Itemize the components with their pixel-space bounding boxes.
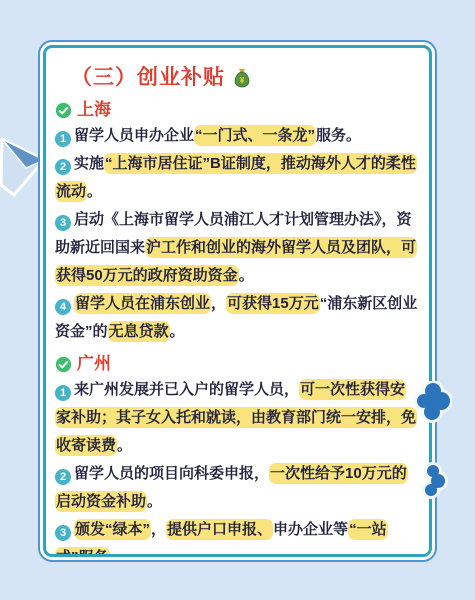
card-inner-frame: （三）创业补贴 ¥ 上海1留学人员申办企业“一门式、一条龙”服务。2实施“上海市… bbox=[43, 45, 432, 557]
plain-text: 申办企业等 bbox=[273, 521, 348, 538]
plain-text: 服务。 bbox=[316, 127, 361, 144]
subsidy-item: 3启动《上海市留学人员浦江人才计划管理办法》，资助新近回国来沪工作和创业的海外留… bbox=[55, 206, 420, 290]
money-bag-icon: ¥ bbox=[231, 67, 253, 89]
plain-text: 。 bbox=[147, 493, 162, 510]
highlighted-text: “上海市居住证”B证制度，推动海外人才的柔性流动 bbox=[55, 153, 417, 202]
plain-text: 。 bbox=[239, 267, 254, 284]
title-row: （三）创业补贴 ¥ bbox=[71, 66, 420, 90]
highlighted-text: 无息贷款 bbox=[108, 321, 170, 342]
plain-text: 实施 bbox=[74, 155, 104, 172]
plain-text: 来广州发展并已入户的留学人员， bbox=[74, 381, 299, 398]
highlighted-text: 颁发“绿本” bbox=[74, 519, 151, 540]
city-name: 上海 bbox=[77, 100, 111, 120]
subsidy-item: 1来广州发展并已入户的留学人员，可一次性获得安家补助；其子女入托和就读，由教育部… bbox=[55, 376, 420, 460]
plain-text: ， bbox=[151, 521, 166, 538]
item-number-badge: 2 bbox=[55, 159, 71, 175]
item-number-badge: 4 bbox=[55, 299, 71, 315]
blue-blob-decoration-bottom bbox=[416, 460, 448, 500]
subsidy-item: 4留学人员在浦东创业，可获得15万元“浦东新区创业资金”的无息贷款。 bbox=[55, 290, 420, 346]
page-title: （三）创业补贴 bbox=[71, 66, 225, 90]
sections: 上海1留学人员申办企业“一门式、一条龙”服务。2实施“上海市居住证”B证制度，推… bbox=[55, 100, 420, 557]
item-number-badge: 1 bbox=[55, 385, 71, 401]
city-section: 上海1留学人员申办企业“一门式、一条龙”服务。2实施“上海市居住证”B证制度，推… bbox=[55, 100, 420, 346]
highlighted-text: 提供户口申报、 bbox=[166, 519, 273, 540]
content-card: （三）创业补贴 ¥ 上海1留学人员申办企业“一门式、一条龙”服务。2实施“上海市… bbox=[38, 40, 437, 562]
subsidy-item: 2留学人员的项目向科委申报，一次性给予10万元的启动资金补助。 bbox=[55, 460, 420, 516]
plain-text: 。 bbox=[117, 437, 132, 454]
item-number-badge: 3 bbox=[55, 525, 71, 541]
plain-text: 留学人员的项目向科委申报， bbox=[74, 465, 269, 482]
blue-blob-decoration-top bbox=[412, 381, 452, 423]
plain-text: ， bbox=[211, 295, 226, 312]
item-number-badge: 3 bbox=[55, 215, 71, 231]
svg-text:¥: ¥ bbox=[240, 76, 245, 85]
plain-text: 。 bbox=[170, 323, 185, 340]
subsidy-item: 2实施“上海市居住证”B证制度，推动海外人才的柔性流动。 bbox=[55, 150, 420, 206]
subsidy-item: 1留学人员申办企业“一门式、一条龙”服务。 bbox=[55, 122, 420, 150]
city-header: 广州 bbox=[55, 354, 420, 374]
check-circle-icon bbox=[55, 356, 72, 373]
city-name: 广州 bbox=[77, 354, 111, 374]
check-circle-icon bbox=[55, 102, 72, 119]
item-number-badge: 1 bbox=[55, 131, 71, 147]
city-section: 广州1来广州发展并已入户的留学人员，可一次性获得安家补助；其子女入托和就读，由教… bbox=[55, 354, 420, 557]
plain-text: 。 bbox=[87, 183, 102, 200]
highlighted-text: “一门式、一条龙” bbox=[194, 125, 316, 146]
highlighted-text: 留学人员在浦东创业 bbox=[74, 293, 211, 314]
highlighted-text: 可获得15万元 bbox=[226, 293, 320, 314]
item-number-badge: 2 bbox=[55, 469, 71, 485]
subsidy-item: 3颁发“绿本”，提供户口申报、申办企业等“一站式”服务 bbox=[55, 516, 420, 557]
plain-text: 留学人员申办企业 bbox=[74, 127, 194, 144]
city-header: 上海 bbox=[55, 100, 420, 120]
